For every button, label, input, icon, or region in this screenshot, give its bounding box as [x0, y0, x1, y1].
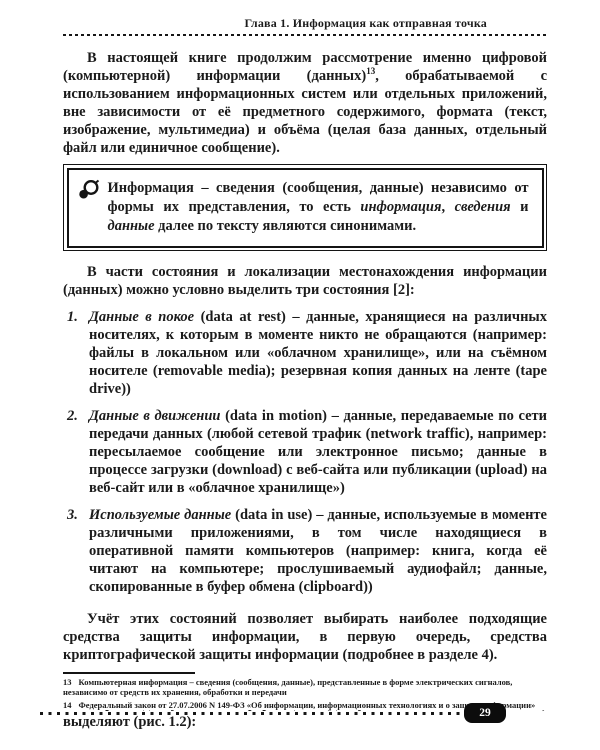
- chapter-header: Глава 1. Информация как отправная точка: [63, 16, 547, 30]
- footnote-13: 13Компьютерная информация – сведения (со…: [63, 677, 547, 697]
- usage-paragraph: Учёт этих состояний позволяет выбирать н…: [63, 610, 547, 664]
- note-term-italic: данные: [108, 218, 155, 234]
- chapter-title: Информация как отправная точка: [293, 16, 487, 30]
- note-segment: и: [511, 199, 529, 215]
- definition-note-inner: Информация – сведения (сообщения, данные…: [67, 168, 544, 248]
- list-item-lead: Данные в движении: [89, 408, 220, 424]
- footnote-number: 13: [63, 677, 72, 687]
- note-term-italic: информация: [360, 199, 441, 215]
- state-item-data-in-use: 3.Используемые данные (data in use) – да…: [63, 506, 547, 596]
- state-item-data-in-motion: 2.Данные в движении (data in motion) – д…: [63, 407, 547, 497]
- footnote-ref-13: 13: [366, 66, 375, 76]
- list-item-number: 2.: [67, 407, 78, 425]
- definition-note-text: Информация – сведения (сообщения, данные…: [108, 179, 529, 236]
- intro-paragraph: В настоящей книге продолжим рассмотрение…: [63, 49, 547, 157]
- states-list: 1.Данные в покое (data at rest) – данные…: [63, 308, 547, 596]
- book-page: Глава 1. Информация как отправная точка …: [0, 0, 600, 750]
- chapter-label: Глава 1.: [244, 16, 289, 30]
- note-segment: далее по тексту являются синонимами.: [155, 218, 417, 234]
- footnote-lead: Компьютерная информация: [79, 677, 188, 687]
- header-dashed-rule: [63, 34, 547, 36]
- page-bottom-dashed-rule: [40, 712, 464, 715]
- list-item-number: 1.: [67, 308, 78, 326]
- definition-note-box: Информация – сведения (сообщения, данные…: [63, 164, 547, 251]
- page-number-badge: 29: [464, 703, 506, 723]
- list-item-lead: Данные в покое: [89, 309, 194, 325]
- note-segment: ,: [441, 199, 454, 215]
- key-icon: [78, 179, 100, 201]
- list-item-lead: Используемые данные: [89, 507, 231, 523]
- footnote-separator: [63, 672, 195, 674]
- states-intro-paragraph: В части состояния и локализации местонах…: [63, 263, 547, 299]
- note-term-italic: сведения: [455, 199, 511, 215]
- list-item-number: 3.: [67, 506, 78, 524]
- footnote-number: 14: [63, 700, 72, 710]
- state-item-data-at-rest: 1.Данные в покое (data at rest) – данные…: [63, 308, 547, 398]
- page-content: Глава 1. Информация как отправная точка …: [63, 0, 547, 731]
- footnote-lead: Федеральный закон от 27.07.2006 N 149-ФЗ: [79, 700, 245, 710]
